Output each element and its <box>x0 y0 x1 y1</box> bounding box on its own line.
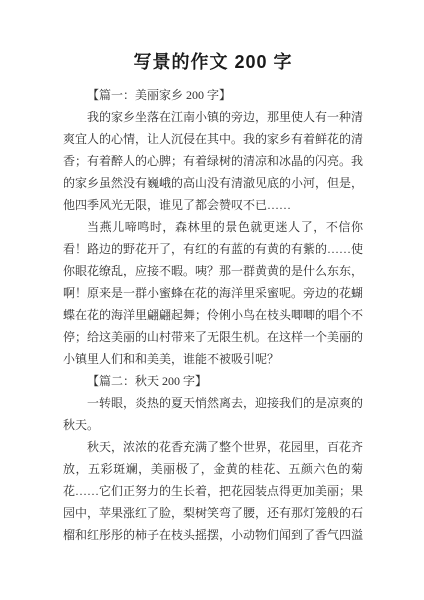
section-1-heading: 【篇一：美丽家乡 200 字】 <box>63 84 363 106</box>
section-1-paragraph-2: 当燕儿啼鸣时，森林里的景色就更迷人了，不信你看！路边的野花开了，有红的有蓝的有黄… <box>63 216 363 370</box>
document-page: 写景的作文 200 字 【篇一：美丽家乡 200 字】 我的家乡坐落在江南小镇的… <box>0 0 424 600</box>
document-body: 【篇一：美丽家乡 200 字】 我的家乡坐落在江南小镇的旁边，那里使人有一种清爽… <box>63 84 363 546</box>
section-2-paragraph-2: 秋天，浓浓的花香充满了整个世界，花园里，百花齐放，五彩斑斓，美丽极了，金黄的桂花… <box>63 436 363 546</box>
section-2-paragraph-1: 一转眼，炎热的夏天悄然离去，迎接我们的是凉爽的秋天。 <box>63 392 363 436</box>
section-2-heading: 【篇二：秋天 200 字】 <box>63 370 363 392</box>
page-title: 写景的作文 200 字 <box>63 49 363 75</box>
section-1-paragraph-1: 我的家乡坐落在江南小镇的旁边，那里使人有一种清爽宜人的心情，让人沉侵在其中。我的… <box>63 106 363 216</box>
